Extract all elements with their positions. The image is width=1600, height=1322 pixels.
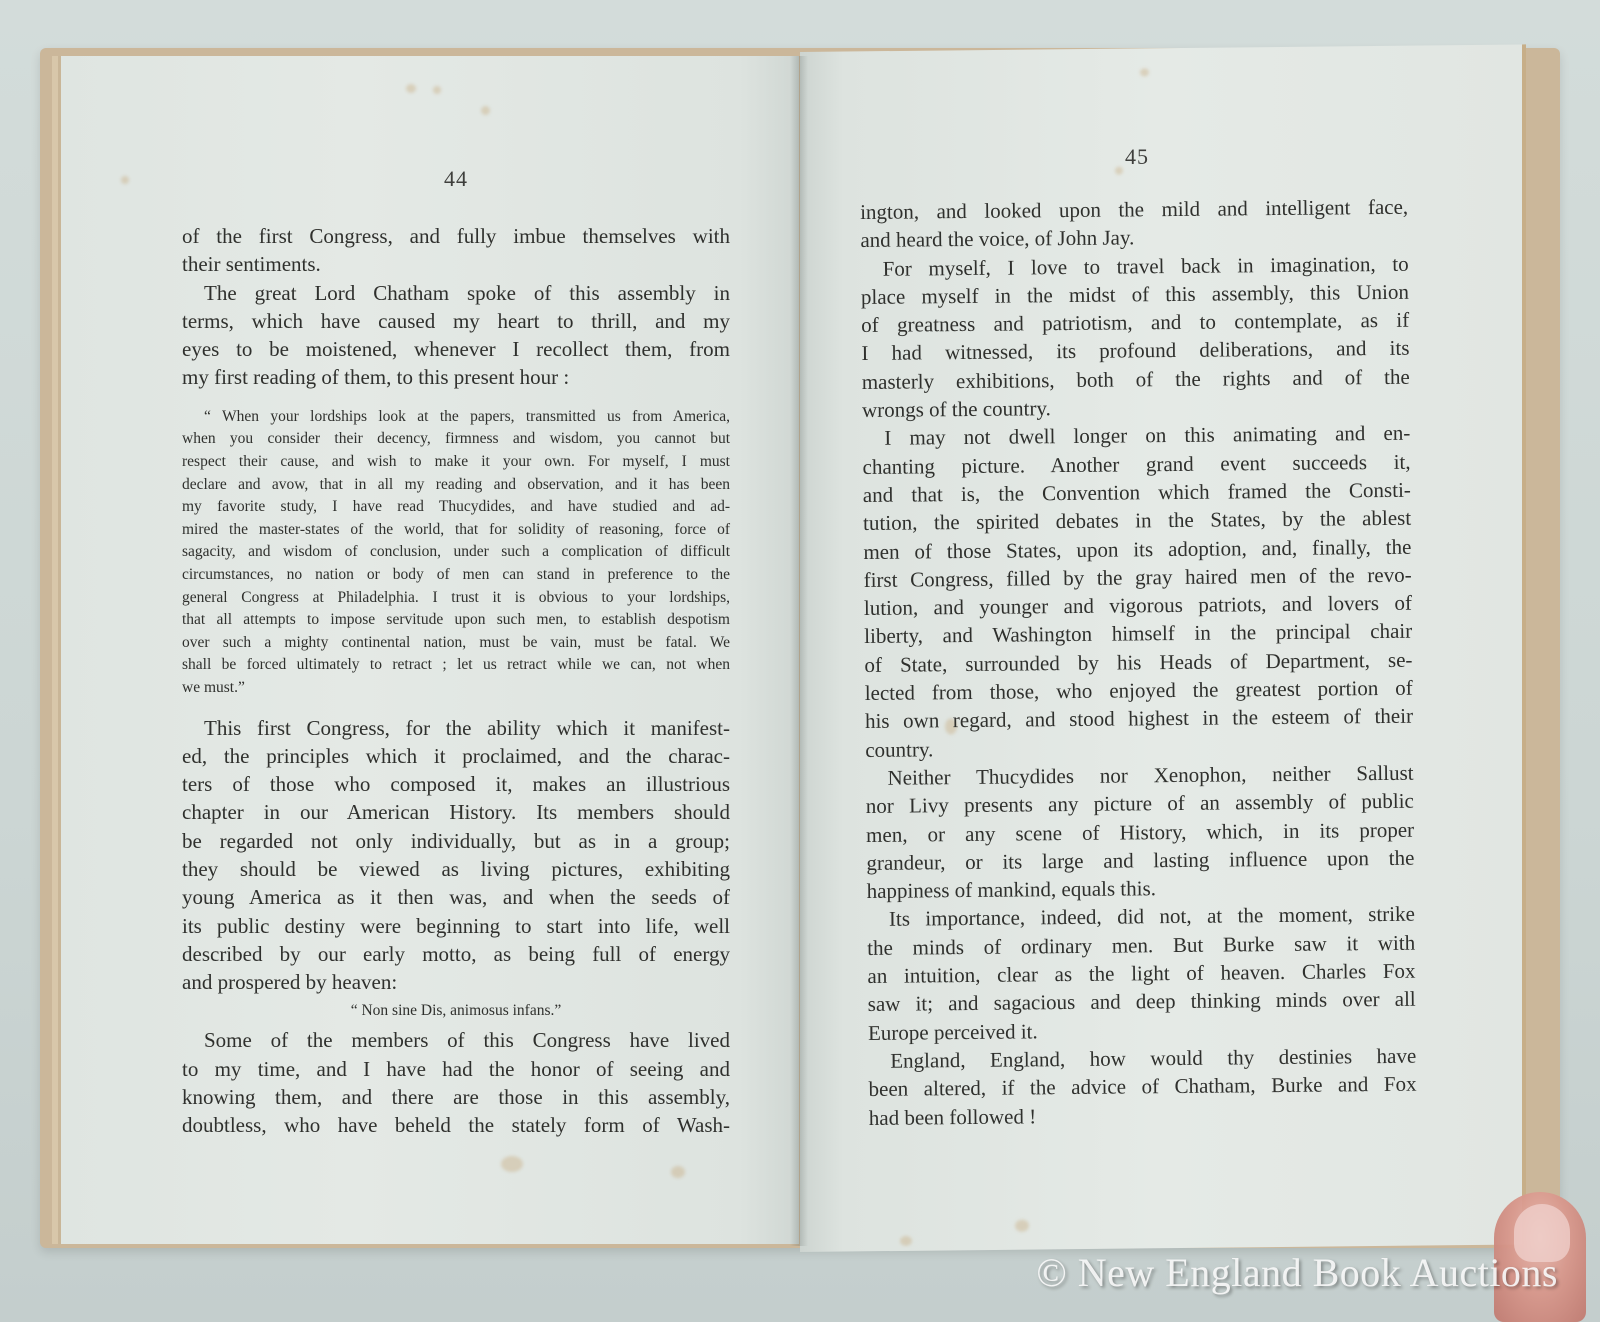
text-line: chapter in our American History. Its mem… (182, 798, 730, 826)
text-line: its public destiny were beginning to sta… (182, 912, 730, 940)
foxing-spot (433, 86, 441, 94)
text-line: masterly exhibitions, both of the rights… (862, 363, 1410, 397)
foxing-spot (1015, 1220, 1029, 1232)
text-line: his own regard, and stood highest in the… (865, 702, 1413, 736)
text-line: ed, the principles which it proclaimed, … (182, 742, 730, 770)
latin-motto: “ Non sine Dis, animosus infans.” (182, 996, 730, 1026)
text-line: doubtless, who have beheld the stately f… (182, 1111, 730, 1139)
text-line: described by our early motto, as being f… (182, 940, 730, 968)
text-line: shall be forced ultimately to retract ; … (182, 654, 730, 677)
text-line: when you consider their decency, firmnes… (182, 428, 730, 451)
paragraph-members: Some of the members of this Congress hav… (182, 1026, 730, 1139)
text-line: general Congress at Philadelphia. I trus… (182, 587, 730, 610)
text-line: their sentiments. (182, 250, 730, 278)
text-line: The great Lord Chatham spoke of this ass… (182, 279, 730, 307)
text-line: nor Livy presents any picture of an asse… (866, 787, 1414, 821)
text-line: had been followed ! (869, 1098, 1417, 1132)
text-line: my first reading of them, to this presen… (182, 363, 730, 391)
text-line: respect their cause, and wish to make it… (182, 451, 730, 474)
text-line: “ When your lordships look at the papers… (182, 406, 730, 429)
foxing-spot (501, 1156, 523, 1172)
text-line: declare and avow, that in all my reading… (182, 474, 730, 497)
foxing-spot (406, 84, 416, 93)
text-line: my favorite study, I have read Thucydide… (182, 496, 730, 519)
text-line: This first Congress, for the ability whi… (182, 714, 730, 742)
foxing-spot (481, 106, 490, 115)
foxing-spot (1140, 68, 1149, 76)
chatham-quote: “ When your lordships look at the papers… (182, 406, 730, 700)
text-line: terms, which have caused my heart to thr… (182, 307, 730, 335)
paragraph-first-congress: This first Congress, for the ability whi… (182, 714, 730, 997)
text-line: be regarded not only individually, but a… (182, 827, 730, 855)
text-line: young America as it then was, and when t… (182, 883, 730, 911)
text-line: that all attempts to impose servitude up… (182, 609, 730, 632)
foxing-spot (900, 1236, 912, 1246)
book-gutter (790, 56, 808, 1246)
text-line: over such a mighty continental nation, m… (182, 632, 730, 655)
text-line: mired the master-states of the world, th… (182, 519, 730, 542)
text-line: we must.” (182, 677, 730, 700)
page-number-right: 45 (1125, 144, 1149, 170)
text-line: knowing them, and there are those in thi… (182, 1083, 730, 1111)
text-line: to my time, and I have had the honor of … (182, 1055, 730, 1083)
paragraph-intro: of the first Congress, and fully imbue t… (182, 222, 730, 392)
copyright-watermark: © New England Book Auctions (1036, 1249, 1558, 1296)
right-page-paragraphs: ington, and looked upon the mild and int… (860, 193, 1417, 1132)
foxing-spot (121, 176, 129, 184)
text-line: grandeur, or its large and lasting influ… (866, 844, 1414, 878)
text-line: of the first Congress, and fully imbue t… (182, 222, 730, 250)
page-number-left: 44 (444, 166, 468, 192)
text-line: eyes to be moistened, whenever I recolle… (182, 335, 730, 363)
text-line: they should be viewed as living pictures… (182, 855, 730, 883)
right-page-text: ington, and looked upon the mild and int… (860, 193, 1417, 1132)
text-line: saw it; and sagacious and deep thinking … (868, 985, 1416, 1019)
text-line: Some of the members of this Congress hav… (182, 1026, 730, 1054)
foxing-spot (671, 1166, 685, 1178)
foxing-spot (1115, 167, 1123, 175)
text-line: ington, and looked upon the mild and int… (860, 193, 1408, 227)
text-line: and prospered by heaven: (182, 968, 730, 996)
text-line: sagacity, and wisdom of conclusion, unde… (182, 541, 730, 564)
text-line: circumstances, no nation or body of men … (182, 564, 730, 587)
text-line: been altered, if the advice of Chatham, … (868, 1070, 1416, 1104)
text-line: ters of those who composed it, makes an … (182, 770, 730, 798)
left-page-text: of the first Congress, and fully imbue t… (182, 222, 730, 1140)
